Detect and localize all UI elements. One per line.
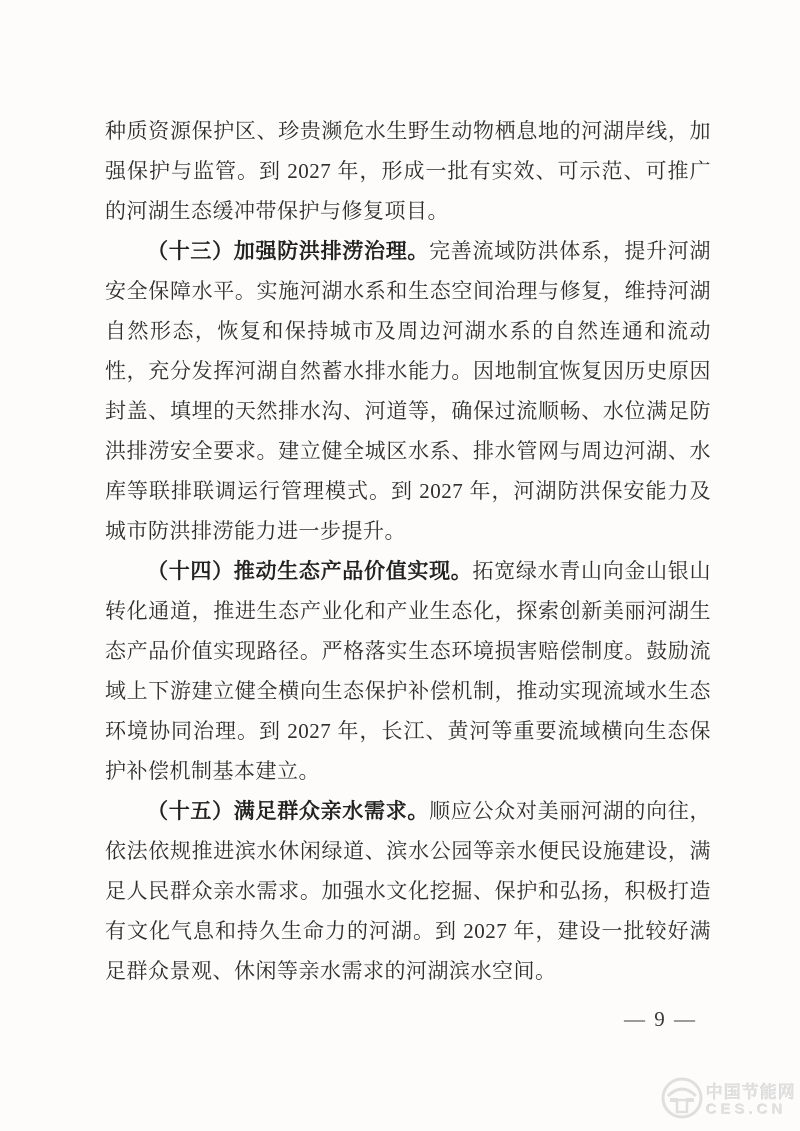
watermark: 中国节能网 CES.CN — [660, 1076, 796, 1125]
section-heading: （十四）推动生态产品价值实现。 — [147, 559, 473, 583]
ces-logo-icon — [660, 1076, 704, 1125]
watermark-domain: CES.CN — [706, 1102, 796, 1118]
watermark-text: 中国节能网 CES.CN — [706, 1084, 796, 1118]
paragraph-text: 种质资源保护区、珍贵濒危水生野生动物栖息地的河湖岸线，加强保护与监管。到 202… — [105, 119, 711, 223]
paragraph: 种质资源保护区、珍贵濒危水生野生动物栖息地的河湖岸线，加强保护与监管。到 202… — [105, 111, 711, 231]
paragraph-text: 顺应公众对美丽河湖的向往，依法依规推进滨水休闲绿道、滨水公园等亲水便民设施建设，… — [105, 799, 711, 983]
paragraph: （十三）加强防洪排涝治理。完善流域防洪体系，提升河湖安全保障水平。实施河湖水系和… — [105, 231, 711, 551]
paragraph: （十五）满足群众亲水需求。顺应公众对美丽河湖的向往，依法依规推进滨水休闲绿道、滨… — [105, 791, 711, 991]
watermark-site-name: 中国节能网 — [706, 1084, 796, 1102]
paragraph: （十四）推动生态产品价值实现。拓宽绿水青山向金山银山转化通道，推进生态产业化和产… — [105, 551, 711, 791]
paragraph-text: 拓宽绿水青山向金山银山转化通道，推进生态产业化和产业生态化，探索创新美丽河湖生态… — [105, 559, 711, 783]
page-number: — 9 — — [105, 999, 711, 1039]
document-page: 种质资源保护区、珍贵濒危水生野生动物栖息地的河湖岸线，加强保护与监管。到 202… — [105, 111, 711, 1039]
section-heading: （十三）加强防洪排涝治理。 — [147, 239, 429, 263]
section-heading: （十五）满足群众亲水需求。 — [147, 799, 429, 823]
paragraph-text: 完善流域防洪体系，提升河湖安全保障水平。实施河湖水系和生态空间治理与修复，维持河… — [105, 239, 711, 543]
